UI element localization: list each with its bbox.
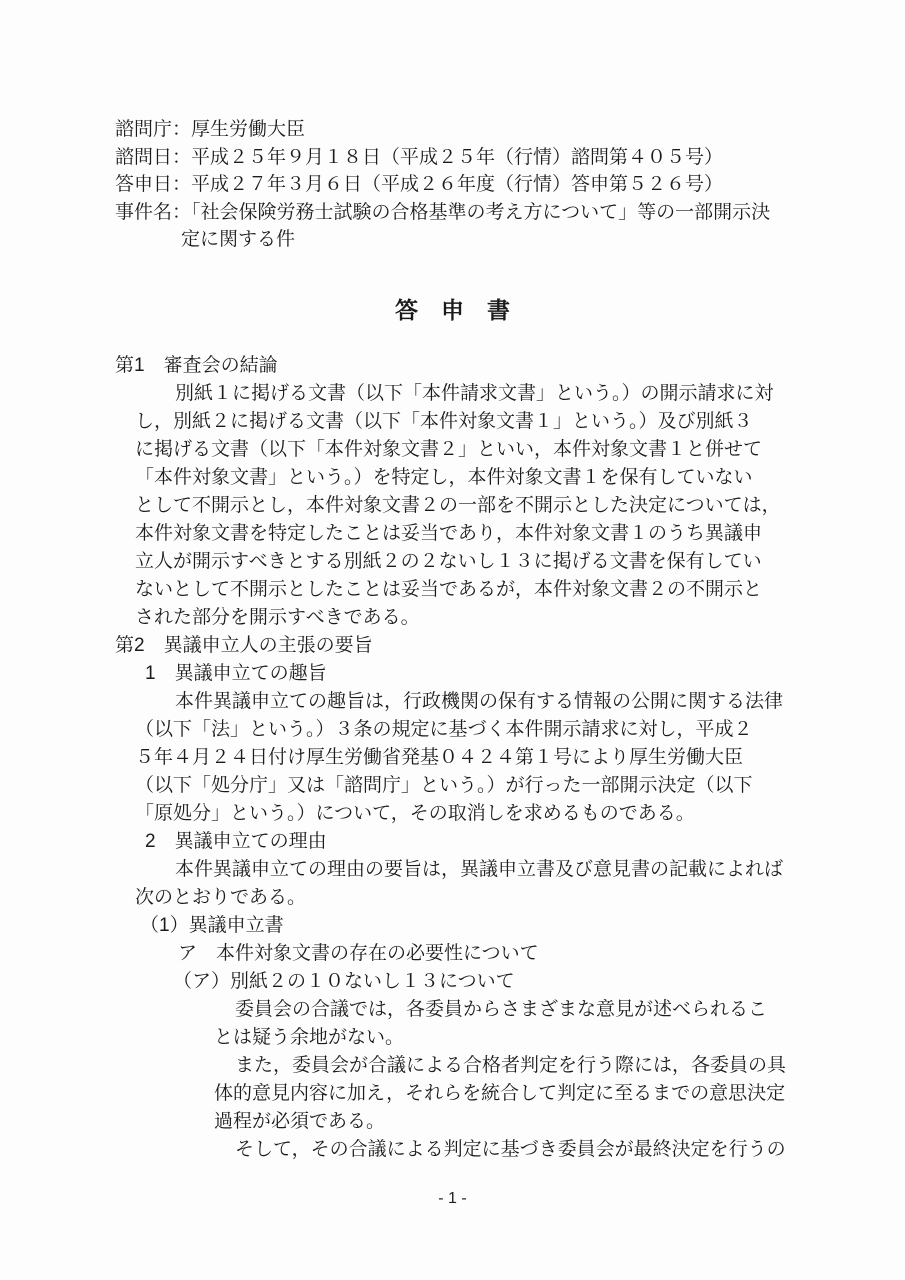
text-line: ５年４月２４日付け厚生労働省発基０４２４第１号により厚生労働大臣 [0,744,905,772]
text-line: （ア）別紙２の１０ないし１３について [0,968,905,996]
text-line: 1 異議申立ての趣旨 [0,660,905,688]
text-line: し，別紙２に掲げる文書（以下「本件対象文書１」という。）及び別紙３ [0,408,905,436]
text-line: 事件名：「社会保険労務士試験の合格基準の考え方について」等の一部開示決 [0,199,905,227]
text-line: ないとして不開示としたことは妥当であるが，本件対象文書２の不開示と [0,576,905,604]
text-line: 「本件対象文書」という。）を特定し，本件対象文書１を保有していない [0,464,905,492]
scanned-document-page: 諮問庁：厚生労働大臣諮問日：平成２５年９月１８日（平成２５年（行情）諮問第４０５… [0,0,905,1280]
text-line: また，委員会が合議による合格者判定を行う際には，各委員の具 [0,1052,905,1080]
text-line: 諮問庁：厚生労働大臣 [0,116,905,144]
text-line: 本件異議申立ての理由の要旨は，異議申立書及び意見書の記載によれば [0,856,905,884]
text-line: （以下「処分庁」又は「諮問庁」という。）が行った一部開示決定（以下 [0,772,905,800]
text-line: 本件異議申立ての趣旨は，行政機関の保有する情報の公開に関する法律 [0,688,905,716]
text-line: そして，その合議による判定に基づき委員会が最終決定を行うの [0,1136,905,1164]
text-line: 答申日：平成２７年３月６日（平成２６年度（行情）答申第５２６号） [0,171,905,199]
text-line: 定に関する件 [0,226,905,254]
text-line: （以下「法」という。）３条の規定に基づく本件開示請求に対し，平成２ [0,716,905,744]
text-line: に掲げる文書（以下「本件対象文書２」といい，本件対象文書１と併せて [0,436,905,464]
text-line: 第2 異議申立人の主張の要旨 [0,632,905,660]
text-line: として不開示とし，本件対象文書２の一部を不開示とした決定については， [0,492,905,520]
text-line: （1）異議申立書 [0,912,905,940]
text-line: 別紙１に掲げる文書（以下「本件請求文書」という。）の開示請求に対 [0,380,905,408]
text-line: 過程が必須である。 [0,1108,905,1136]
text-line: 「原処分」という。）について，その取消しを求めるものである。 [0,800,905,828]
page-number: - 1 - [0,1190,905,1208]
document-header: 諮問庁：厚生労働大臣諮問日：平成２５年９月１８日（平成２５年（行情）諮問第４０５… [0,0,905,254]
text-line: とは疑う余地がない。 [0,1024,905,1052]
text-line: 委員会の合議では，各委員からさまざまな意見が述べられるこ [0,996,905,1024]
text-line: された部分を開示すべきである。 [0,604,905,632]
text-line: 2 異議申立ての理由 [0,828,905,856]
document-title: 答 申 書 [0,294,905,326]
document-body: 第1 審査会の結論別紙１に掲げる文書（以下「本件請求文書」という。）の開示請求に… [0,352,905,1164]
text-line: 体的意見内容に加え，それらを統合して判定に至るまでの意思決定 [0,1080,905,1108]
text-line: 諮問日：平成２５年９月１８日（平成２５年（行情）諮問第４０５号） [0,144,905,172]
text-line: 次のとおりである。 [0,884,905,912]
text-line: ア 本件対象文書の存在の必要性について [0,940,905,968]
text-line: 本件対象文書を特定したことは妥当であり，本件対象文書１のうち異議申 [0,520,905,548]
text-line: 立人が開示すべきとする別紙２の２ないし１３に掲げる文書を保有してい [0,548,905,576]
text-line: 第1 審査会の結論 [0,352,905,380]
